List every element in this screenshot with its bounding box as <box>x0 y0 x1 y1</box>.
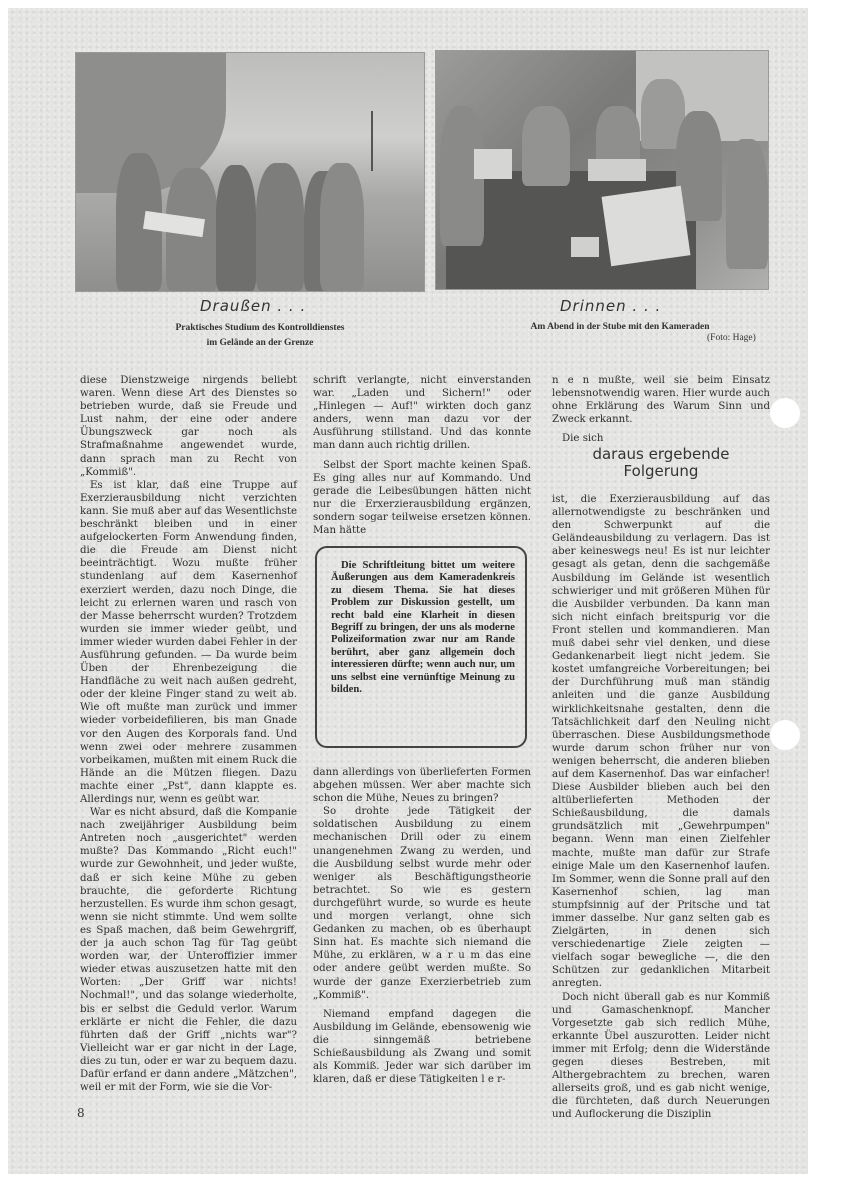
paragraph: Niemand empfand dagegen die Ausbildung i… <box>313 1008 531 1087</box>
person-figure <box>522 106 570 186</box>
paragraph: diese Dienstzweige nirgends beliebt ware… <box>80 374 297 479</box>
photo-outdoors <box>75 52 425 292</box>
pole <box>371 111 373 171</box>
article-column-1: diese Dienstzweige nirgends beliebt ware… <box>80 374 297 1094</box>
notebook <box>474 149 512 179</box>
paragraph: n e n mußte, weil sie beim Einsatz leben… <box>552 374 770 426</box>
paragraph: Doch nicht überall gab es nur Kommiß und… <box>552 991 770 1122</box>
game-board <box>588 159 646 181</box>
heading-line: daraus ergebende <box>552 446 770 463</box>
soldier-figure <box>320 163 364 291</box>
soldier-figure <box>256 163 304 291</box>
person-figure <box>726 139 768 269</box>
editor-note-box: Die Schriftleitung bittet um weitere Äuß… <box>315 546 527 748</box>
punch-hole-top <box>770 398 800 428</box>
photo-credit: (Foto: Hage) <box>707 333 756 343</box>
article-column-3-bottom: ist, die Exerzierausbildung auf das alle… <box>552 493 770 1122</box>
editor-note-text: Die Schriftleitung bittet um weitere Äuß… <box>331 560 515 696</box>
paragraph: So drohte jede Tätigkeit der soldatische… <box>313 805 531 1001</box>
page-number: 8 <box>77 1106 85 1120</box>
photo-indoors <box>435 50 769 290</box>
card <box>571 237 599 257</box>
article-column-2-top: schrift verlangte, nicht einverstanden w… <box>313 374 531 537</box>
paragraph: Selbst der Sport machte keinen Spaß. Es … <box>313 459 531 538</box>
paragraph: schrift verlangte, nicht einverstanden w… <box>313 374 531 453</box>
punch-hole-bottom <box>770 720 800 750</box>
paragraph: Die sich <box>552 432 770 445</box>
soldier-figure <box>216 165 256 291</box>
section-heading: daraus ergebende Folgerung <box>552 446 770 480</box>
paragraph: Es ist klar, daß eine Truppe auf Exerzie… <box>80 479 297 806</box>
heading-line: Folgerung <box>552 463 770 480</box>
article-column-3-top: n e n mußte, weil sie beim Einsatz leben… <box>552 374 770 445</box>
caption-title-indoors: Drinnen . . . <box>560 297 661 315</box>
caption-outdoors: Praktisches Studium des Kontrolldienstes… <box>110 321 410 351</box>
paragraph: dann allerdings von überlieferten Formen… <box>313 766 531 805</box>
paper-sheet <box>602 186 691 266</box>
paragraph: ist, die Exerzierausbildung auf das alle… <box>552 493 770 991</box>
article-column-2-bottom: dann allerdings von überlieferten Formen… <box>313 766 531 1086</box>
caption-title-outdoors: Draußen . . . <box>200 297 306 315</box>
caption-line: im Gelände an der Grenze <box>110 336 410 351</box>
paragraph: War es nicht absurd, daß die Kompanie na… <box>80 806 297 1094</box>
caption-line: Praktisches Studium des Kontrolldienstes <box>110 321 410 336</box>
